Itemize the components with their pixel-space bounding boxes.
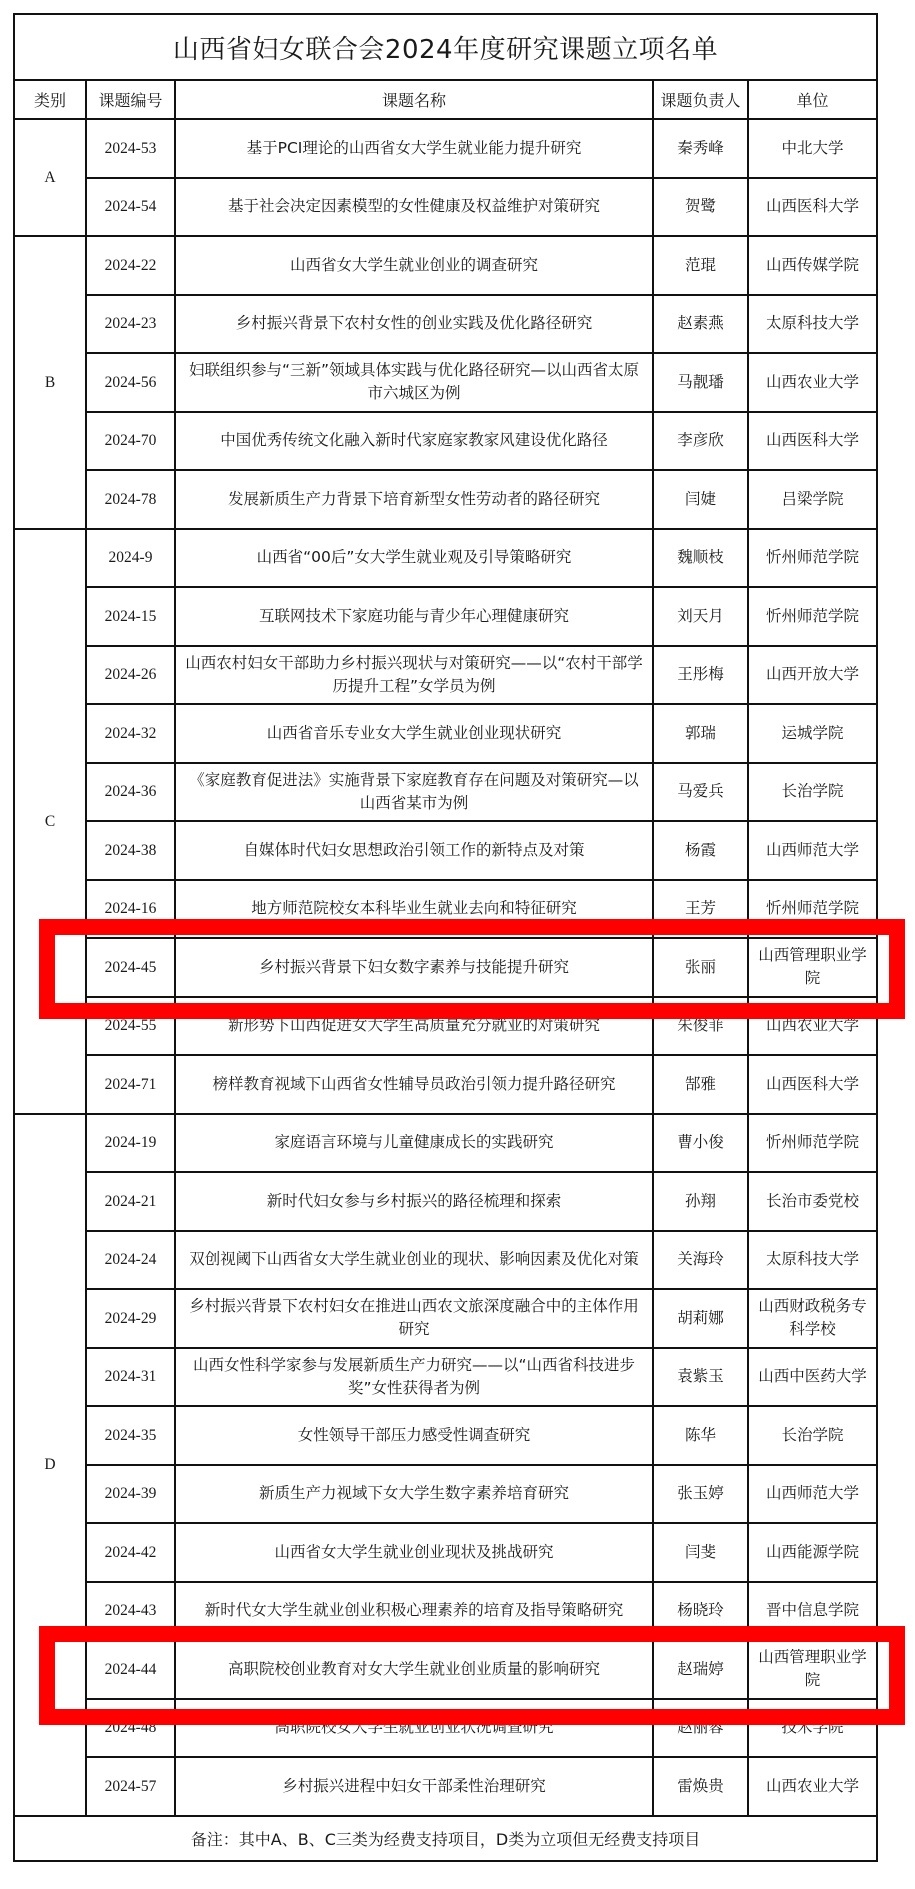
- category-cell: C: [14, 529, 86, 1114]
- project-code-cell: 2024-43: [86, 1582, 175, 1641]
- project-table: 山西省妇女联合会2024年度研究课题立项名单 类别 课题编号 课题名称 课题负责…: [13, 13, 878, 1862]
- project-code-cell: 2024-26: [86, 646, 175, 705]
- project-leader-cell: 袁紫玉: [653, 1348, 748, 1407]
- project-leader-cell: 赵瑞婷: [653, 1640, 748, 1699]
- header-unit: 单位: [748, 80, 877, 119]
- category-cell: B: [14, 236, 86, 529]
- project-code-cell: 2024-22: [86, 236, 175, 295]
- project-unit-cell: 太原科技大学: [748, 1231, 877, 1290]
- project-unit-cell: 山西医科大学: [748, 1055, 877, 1114]
- project-name-cell: 基于PCI理论的山西省女大学生就业能力提升研究: [175, 119, 653, 178]
- project-unit-cell: 山西能源学院: [748, 1523, 877, 1582]
- project-name-cell: 新时代女大学生就业创业积极心理素养的培育及指导策略研究: [175, 1582, 653, 1641]
- project-code-cell: 2024-32: [86, 704, 175, 763]
- project-code-cell: 2024-56: [86, 353, 175, 412]
- project-code-cell: 2024-16: [86, 880, 175, 939]
- header-row: 类别 课题编号 课题名称 课题负责人 单位: [14, 80, 877, 119]
- table-row: 2024-24双创视阈下山西省女大学生就业创业的现状、影响因素及优化对策关海玲太…: [14, 1231, 877, 1290]
- project-unit-cell: 运城学院: [748, 704, 877, 763]
- project-unit-cell: 山西农业大学: [748, 353, 877, 412]
- project-leader-cell: 范琨: [653, 236, 748, 295]
- project-leader-cell: 关海玲: [653, 1231, 748, 1290]
- project-name-cell: 山西省“00后”女大学生就业观及引导策略研究: [175, 529, 653, 588]
- table-row: 2024-43新时代女大学生就业创业积极心理素养的培育及指导策略研究杨晓玲晋中信…: [14, 1582, 877, 1641]
- project-unit-cell: 忻州师范学院: [748, 880, 877, 939]
- table-row: A2024-53基于PCI理论的山西省女大学生就业能力提升研究秦秀峰中北大学: [14, 119, 877, 178]
- header-name: 课题名称: [175, 80, 653, 119]
- project-code-cell: 2024-48: [86, 1699, 175, 1758]
- project-unit-cell: 山西农业大学: [748, 1757, 877, 1816]
- project-leader-cell: 魏顺枝: [653, 529, 748, 588]
- table-row: 2024-78发展新质生产力背景下培育新型女性劳动者的路径研究闫婕吕梁学院: [14, 470, 877, 529]
- project-leader-cell: 闫婕: [653, 470, 748, 529]
- project-leader-cell: 马靓璠: [653, 353, 748, 412]
- project-leader-cell: 马爱兵: [653, 763, 748, 822]
- table-row: 2024-71榜样教育视域下山西省女性辅导员政治引领力提升路径研究郜雅山西医科大…: [14, 1055, 877, 1114]
- project-code-cell: 2024-35: [86, 1406, 175, 1465]
- table-row: 2024-32山西省音乐专业女大学生就业创业现状研究郭瑞运城学院: [14, 704, 877, 763]
- project-code-cell: 2024-36: [86, 763, 175, 822]
- project-code-cell: 2024-53: [86, 119, 175, 178]
- table-row: 2024-39新质生产力视域下女大学生数字素养培育研究张玉婷山西师范大学: [14, 1465, 877, 1524]
- project-name-cell: 榜样教育视域下山西省女性辅导员政治引领力提升路径研究: [175, 1055, 653, 1114]
- table-row: 2024-16地方师范院校女本科毕业生就业去向和特征研究王芳忻州师范学院: [14, 880, 877, 939]
- table-row: 2024-55新形势下山西促进女大学生高质量充分就业的对策研究朱俊菲山西农业大学: [14, 997, 877, 1056]
- project-code-cell: 2024-38: [86, 821, 175, 880]
- project-leader-cell: 贺鹭: [653, 178, 748, 237]
- project-code-cell: 2024-39: [86, 1465, 175, 1524]
- project-leader-cell: 王芳: [653, 880, 748, 939]
- project-code-cell: 2024-24: [86, 1231, 175, 1290]
- table-row: 2024-70中国优秀传统文化融入新时代家庭家教家风建设优化路径李彦欣山西医科大…: [14, 412, 877, 471]
- project-leader-cell: 杨晓玲: [653, 1582, 748, 1641]
- header-leader: 课题负责人: [653, 80, 748, 119]
- project-leader-cell: 张丽: [653, 938, 748, 997]
- table-row: B2024-22山西省女大学生就业创业的调查研究范琨山西传媒学院: [14, 236, 877, 295]
- project-leader-cell: 张玉婷: [653, 1465, 748, 1524]
- project-code-cell: 2024-78: [86, 470, 175, 529]
- project-code-cell: 2024-45: [86, 938, 175, 997]
- project-name-cell: 新时代妇女参与乡村振兴的路径梳理和探索: [175, 1172, 653, 1231]
- table-row: 2024-21新时代妇女参与乡村振兴的路径梳理和探索孙翔长治市委党校: [14, 1172, 877, 1231]
- project-name-cell: 女性领导干部压力感受性调查研究: [175, 1406, 653, 1465]
- header-code: 课题编号: [86, 80, 175, 119]
- project-name-cell: 乡村振兴背景下农村女性的创业实践及优化路径研究: [175, 295, 653, 354]
- project-leader-cell: 赵丽蓉: [653, 1699, 748, 1758]
- project-code-cell: 2024-44: [86, 1640, 175, 1699]
- table-title: 山西省妇女联合会2024年度研究课题立项名单: [14, 14, 877, 80]
- project-code-cell: 2024-54: [86, 178, 175, 237]
- project-unit-cell: 山西管理职业学院: [748, 1640, 877, 1699]
- table-row: 2024-54基于社会决定因素模型的女性健康及权益维护对策研究贺鹭山西医科大学: [14, 178, 877, 237]
- project-leader-cell: 陈华: [653, 1406, 748, 1465]
- project-name-cell: 山西省音乐专业女大学生就业创业现状研究: [175, 704, 653, 763]
- project-leader-cell: 曹小俊: [653, 1114, 748, 1173]
- table-row-highlighted: 2024-44高职院校创业教育对女大学生就业创业质量的影响研究赵瑞婷山西管理职业…: [14, 1640, 877, 1699]
- project-name-cell: 山西省女大学生就业创业的调查研究: [175, 236, 653, 295]
- project-name-cell: 高职院校女大学生就业创业状况调查研究: [175, 1699, 653, 1758]
- project-leader-cell: 秦秀峰: [653, 119, 748, 178]
- project-unit-cell: 太原科技大学: [748, 295, 877, 354]
- project-leader-cell: 王彤梅: [653, 646, 748, 705]
- project-leader-cell: 郭瑞: [653, 704, 748, 763]
- table-row: C2024-9山西省“00后”女大学生就业观及引导策略研究魏顺枝忻州师范学院: [14, 529, 877, 588]
- table-row: 2024-31山西女性科学家参与发展新质生产力研究——以“山西省科技进步奖”女性…: [14, 1348, 877, 1407]
- footer-note: 备注：其中A、B、C三类为经费支持项目，D类为立项但无经费支持项目: [14, 1816, 877, 1861]
- project-name-cell: 乡村振兴背景下农村妇女在推进山西农文旅深度融合中的主体作用研究: [175, 1289, 653, 1348]
- project-leader-cell: 李彦欣: [653, 412, 748, 471]
- table-row: 2024-38自媒体时代妇女思想政治引领工作的新特点及对策杨霞山西师范大学: [14, 821, 877, 880]
- project-unit-cell: 忻州师范学院: [748, 529, 877, 588]
- project-leader-cell: 胡莉娜: [653, 1289, 748, 1348]
- project-unit-cell: 长治学院: [748, 1406, 877, 1465]
- project-code-cell: 2024-71: [86, 1055, 175, 1114]
- table-row: 2024-23乡村振兴背景下农村女性的创业实践及优化路径研究赵素燕太原科技大学: [14, 295, 877, 354]
- project-unit-cell: 忻州师范学院: [748, 587, 877, 646]
- project-name-cell: 新形势下山西促进女大学生高质量充分就业的对策研究: [175, 997, 653, 1056]
- project-code-cell: 2024-15: [86, 587, 175, 646]
- project-leader-cell: 赵素燕: [653, 295, 748, 354]
- project-unit-cell: 山西师范大学: [748, 821, 877, 880]
- project-leader-cell: 雷焕贵: [653, 1757, 748, 1816]
- project-name-cell: 地方师范院校女本科毕业生就业去向和特征研究: [175, 880, 653, 939]
- project-unit-cell: 山西财政税务专科学校: [748, 1289, 877, 1348]
- project-leader-cell: 朱俊菲: [653, 997, 748, 1056]
- project-list-document: 山西省妇女联合会2024年度研究课题立项名单 类别 课题编号 课题名称 课题负责…: [13, 13, 876, 1862]
- project-name-cell: 乡村振兴背景下妇女数字素养与技能提升研究: [175, 938, 653, 997]
- project-name-cell: 双创视阈下山西省女大学生就业创业的现状、影响因素及优化对策: [175, 1231, 653, 1290]
- project-name-cell: 妇联组织参与“三新”领域具体实践与优化路径研究—以山西省太原市六城区为例: [175, 353, 653, 412]
- project-unit-cell: 忻州师范学院: [748, 1114, 877, 1173]
- project-name-cell: 高职院校创业教育对女大学生就业创业质量的影响研究: [175, 1640, 653, 1699]
- project-leader-cell: 孙翔: [653, 1172, 748, 1231]
- project-code-cell: 2024-9: [86, 529, 175, 588]
- project-code-cell: 2024-19: [86, 1114, 175, 1173]
- project-unit-cell: 长治市委党校: [748, 1172, 877, 1231]
- category-cell: A: [14, 119, 86, 236]
- project-unit-cell: 山西农业大学: [748, 997, 877, 1056]
- project-leader-cell: 闫斐: [653, 1523, 748, 1582]
- project-name-cell: 新质生产力视域下女大学生数字素养培育研究: [175, 1465, 653, 1524]
- category-cell: D: [14, 1114, 86, 1816]
- project-name-cell: 互联网技术下家庭功能与青少年心理健康研究: [175, 587, 653, 646]
- project-code-cell: 2024-55: [86, 997, 175, 1056]
- project-unit-cell: 中北大学: [748, 119, 877, 178]
- table-row: 2024-29乡村振兴背景下农村妇女在推进山西农文旅深度融合中的主体作用研究胡莉…: [14, 1289, 877, 1348]
- table-row: 2024-35女性领导干部压力感受性调查研究陈华长治学院: [14, 1406, 877, 1465]
- project-name-cell: 山西省女大学生就业创业现状及挑战研究: [175, 1523, 653, 1582]
- project-leader-cell: 郜雅: [653, 1055, 748, 1114]
- project-code-cell: 2024-57: [86, 1757, 175, 1816]
- project-unit-cell: 山西传媒学院: [748, 236, 877, 295]
- project-name-cell: 家庭语言环境与儿童健康成长的实践研究: [175, 1114, 653, 1173]
- project-unit-cell: 晋中信息学院: [748, 1582, 877, 1641]
- project-unit-cell: 吕梁学院: [748, 470, 877, 529]
- table-row: 2024-57乡村振兴进程中妇女干部柔性治理研究雷焕贵山西农业大学: [14, 1757, 877, 1816]
- project-code-cell: 2024-70: [86, 412, 175, 471]
- table-row: 2024-56妇联组织参与“三新”领域具体实践与优化路径研究—以山西省太原市六城…: [14, 353, 877, 412]
- table-row-highlighted: 2024-45乡村振兴背景下妇女数字素养与技能提升研究张丽山西管理职业学院: [14, 938, 877, 997]
- table-row: D2024-19家庭语言环境与儿童健康成长的实践研究曹小俊忻州师范学院: [14, 1114, 877, 1173]
- header-category: 类别: [14, 80, 86, 119]
- project-code-cell: 2024-29: [86, 1289, 175, 1348]
- project-name-cell: 发展新质生产力背景下培育新型女性劳动者的路径研究: [175, 470, 653, 529]
- project-name-cell: 基于社会决定因素模型的女性健康及权益维护对策研究: [175, 178, 653, 237]
- project-name-cell: 中国优秀传统文化融入新时代家庭家教家风建设优化路径: [175, 412, 653, 471]
- project-unit-cell: 山西师范大学: [748, 1465, 877, 1524]
- project-unit-cell: 山西医科大学: [748, 178, 877, 237]
- project-name-cell: 山西农村妇女干部助力乡村振兴现状与对策研究——以“农村干部学历提升工程”女学员为…: [175, 646, 653, 705]
- project-unit-cell: 山西开放大学: [748, 646, 877, 705]
- project-unit-cell: 山西医科大学: [748, 412, 877, 471]
- project-unit-cell: 技术学院: [748, 1699, 877, 1758]
- project-unit-cell: 山西中医药大学: [748, 1348, 877, 1407]
- project-code-cell: 2024-21: [86, 1172, 175, 1231]
- project-unit-cell: 山西管理职业学院: [748, 938, 877, 997]
- project-unit-cell: 长治学院: [748, 763, 877, 822]
- project-name-cell: 自媒体时代妇女思想政治引领工作的新特点及对策: [175, 821, 653, 880]
- table-row: 2024-42山西省女大学生就业创业现状及挑战研究闫斐山西能源学院: [14, 1523, 877, 1582]
- table-row: 2024-26山西农村妇女干部助力乡村振兴现状与对策研究——以“农村干部学历提升…: [14, 646, 877, 705]
- project-name-cell: 乡村振兴进程中妇女干部柔性治理研究: [175, 1757, 653, 1816]
- project-code-cell: 2024-31: [86, 1348, 175, 1407]
- project-code-cell: 2024-42: [86, 1523, 175, 1582]
- project-name-cell: 山西女性科学家参与发展新质生产力研究——以“山西省科技进步奖”女性获得者为例: [175, 1348, 653, 1407]
- project-code-cell: 2024-23: [86, 295, 175, 354]
- table-row: 2024-36《家庭教育促进法》实施背景下家庭教育存在问题及对策研究—以山西省某…: [14, 763, 877, 822]
- table-row: 2024-48高职院校女大学生就业创业状况调查研究赵丽蓉技术学院: [14, 1699, 877, 1758]
- project-leader-cell: 杨霞: [653, 821, 748, 880]
- table-row: 2024-15互联网技术下家庭功能与青少年心理健康研究刘天月忻州师范学院: [14, 587, 877, 646]
- project-name-cell: 《家庭教育促进法》实施背景下家庭教育存在问题及对策研究—以山西省某市为例: [175, 763, 653, 822]
- project-leader-cell: 刘天月: [653, 587, 748, 646]
